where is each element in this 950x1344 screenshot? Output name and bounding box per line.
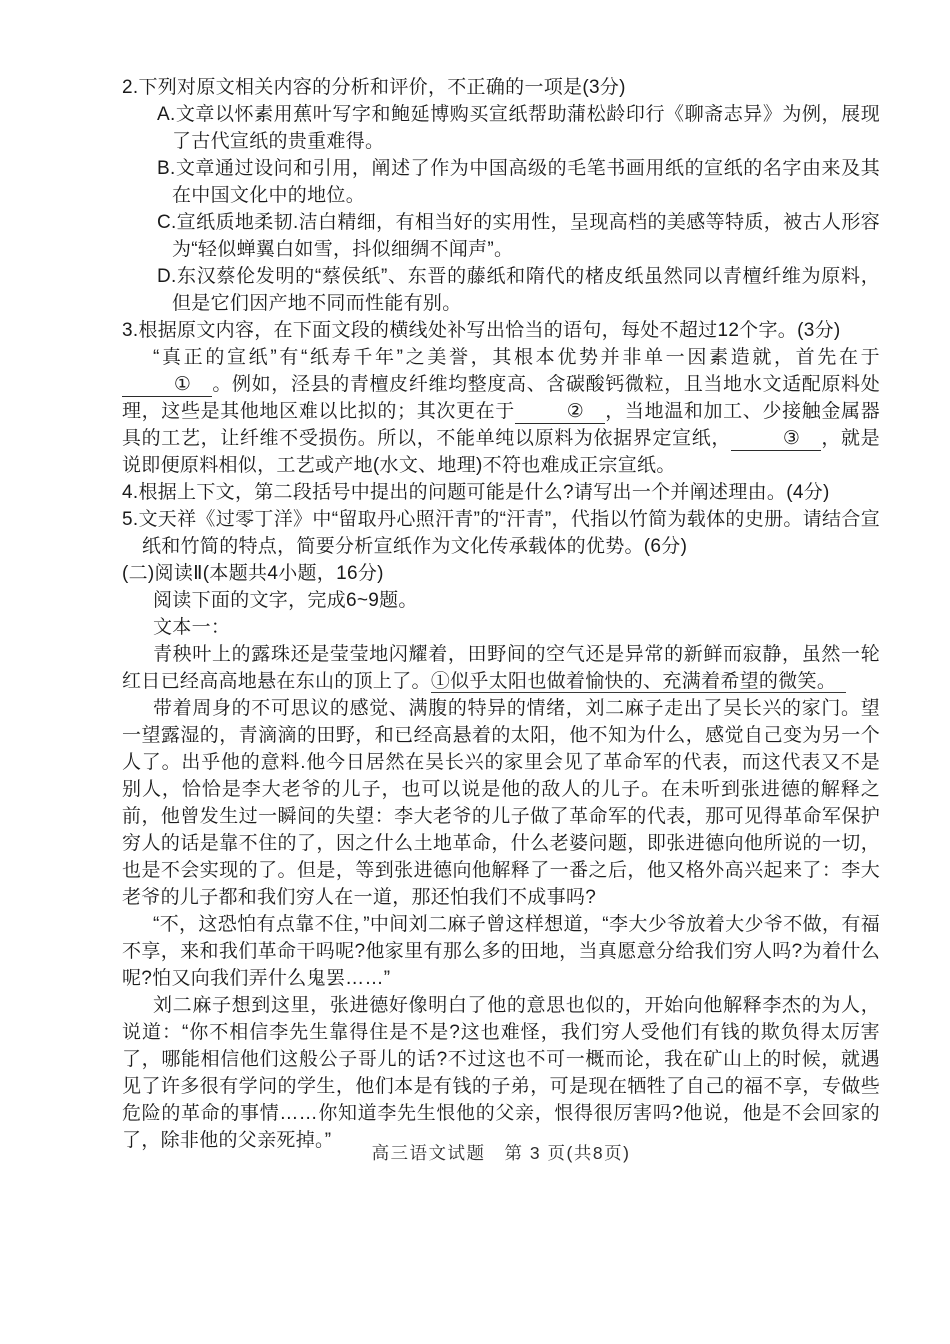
question-4-stem: 4.根据上下文，第二段括号中提出的问题可能是什么?请写出一个并阐述理由。(4分) xyxy=(122,479,880,506)
question-2-option-a: A.文章以怀素用蕉叶写字和鲍延博购买宣纸帮助蒲松龄印行《聊斋志异》为例，展现了古… xyxy=(122,101,880,155)
passage-paragraph-1: 青秧叶上的露珠还是莹莹地闪耀着，田野间的空气还是异常的新鲜而寂静，虽然一轮红日已… xyxy=(122,641,880,695)
section-2-heading: (二)阅读Ⅱ(本题共4小题，16分) xyxy=(122,560,880,587)
question-5-stem: 5.文天祥《过零丁洋》中“留取丹心照汗青”的“汗青”，代指以竹简为载体的史册。请… xyxy=(122,506,880,560)
passage-paragraph-3: “不，这恐怕有点靠不住，”中间刘二麻子曾这样想道，“李大少爷放着大少爷不做，有福… xyxy=(122,911,880,992)
section-2-instruction: 阅读下面的文字，完成6~9题。 xyxy=(122,587,880,614)
passage-paragraph-2: 带着周身的不可思议的感觉、满腹的特异的情绪，刘二麻子走出了吴长兴的家门。望一望露… xyxy=(122,695,880,911)
fill-blank-2: ① xyxy=(122,373,212,397)
question-2-option-d: D.东汉蔡伦发明的“蔡侯纸”、东晋的藤纸和隋代的楮皮纸虽然同以青檀纤维为原料，但… xyxy=(122,263,880,317)
question-2-option-b: B.文章通过设问和引用，阐述了作为中国高级的毛笔书画用纸的宣纸的名字由来及其在中… xyxy=(122,155,880,209)
underlined-sentence: ①似乎太阳也做着愉快的、充满着希望的微笑。 xyxy=(431,671,846,693)
fill-blank-4: ② xyxy=(515,400,605,424)
exam-content: 2.下列对原文相关内容的分析和评价，不正确的一项是(3分) A.文章以怀素用蕉叶… xyxy=(122,74,880,1154)
text-segment: “真正的宣纸”有“纸寿千年”之美誉，其根本优势并非单一因素造就，首先在于 xyxy=(153,347,880,368)
fill-blank-6: ③ xyxy=(731,427,821,451)
page-footer: 高三语文试题 第 3 页(共8页) xyxy=(122,1140,880,1165)
text-1-label: 文本一： xyxy=(122,614,880,641)
question-3-passage: “真正的宣纸”有“纸寿千年”之美誉，其根本优势并非单一因素造就，首先在于①。例如… xyxy=(122,344,880,479)
question-2-option-c: C.宣纸质地柔韧.洁白精细，有相当好的实用性，呈现高档的美感等特质，被古人形容为… xyxy=(122,209,880,263)
question-2-stem: 2.下列对原文相关内容的分析和评价，不正确的一项是(3分) xyxy=(122,74,880,101)
passage-paragraph-4: 刘二麻子想到这里，张进德好像明白了他的意思也似的，开始向他解释李杰的为人，说道：… xyxy=(122,992,880,1154)
exam-page: 2.下列对原文相关内容的分析和评价，不正确的一项是(3分) A.文章以怀素用蕉叶… xyxy=(0,0,950,1344)
question-3-stem: 3.根据原文内容，在下面文段的横线处补写出恰当的语句，每处不超过12个字。(3分… xyxy=(122,317,880,344)
